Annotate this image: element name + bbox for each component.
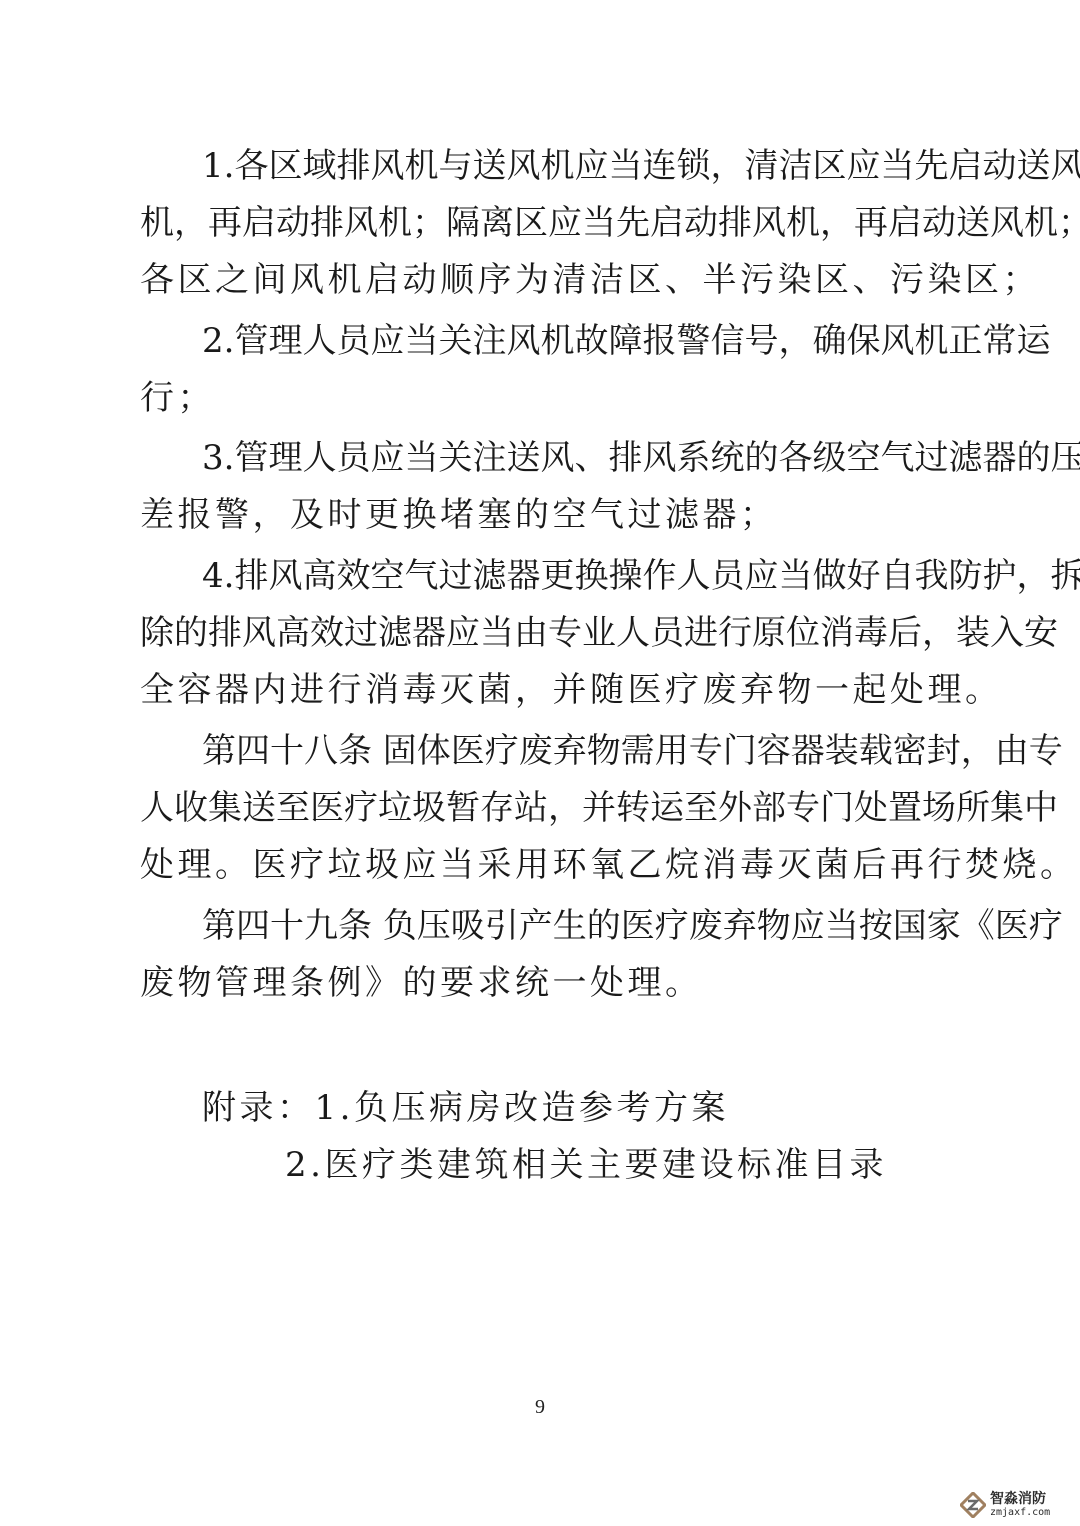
paragraph-line: 差报警，及时更换堵塞的空气过滤器； [140, 495, 940, 535]
page-number: 9 [0, 1396, 1080, 1419]
paragraph-line: 行； [140, 378, 940, 418]
article-48-line: 人收集送至医疗垃圾暂存站，并转运至外部专门处置场所集中 [140, 788, 940, 828]
article-49-line: 废物管理条例》的要求统一处理。 [140, 963, 940, 1003]
watermark-url: zmjaxf.com [990, 1508, 1050, 1518]
paragraph-line: 全容器内进行消毒灭菌，并随医疗废弃物一起处理。 [140, 670, 940, 710]
article-49-line: 第四十九条 负压吸引产生的医疗废弃物应当按国家《医疗 [202, 906, 942, 946]
paragraph-line: 1.各区域排风机与送风机应当连锁，清洁区应当先启动送风 [202, 146, 942, 186]
paragraph-line: 2.管理人员应当关注风机故障报警信号，确保风机正常运 [202, 321, 942, 361]
watermark-name: 智淼消防 [990, 1492, 1050, 1506]
paragraph-line: 3.管理人员应当关注送风、排风系统的各级空气过滤器的压 [202, 438, 942, 478]
brand-logo-icon [960, 1492, 986, 1518]
article-48-line: 处理。医疗垃圾应当采用环氧乙烷消毒灭菌后再行焚烧。 [140, 845, 940, 885]
watermark: 智淼消防 zmjaxf.com [960, 1484, 1080, 1526]
article-48-line: 第四十八条 固体医疗废弃物需用专门容器装载密封，由专 [202, 731, 942, 771]
paragraph-line: 4.排风高效空气过滤器更换操作人员应当做好自我防护，拆 [202, 556, 942, 596]
paragraph-line: 各区之间风机启动顺序为清洁区、半污染区、污染区； [140, 260, 940, 300]
appendix-label: 附录：1.负压病房改造参考方案 [202, 1088, 942, 1128]
appendix-item: 2.医疗类建筑相关主要建设标准目录 [285, 1145, 1080, 1185]
paragraph-line: 机，再启动排风机；隔离区应当先启动排风机，再启动送风机； [140, 203, 940, 243]
paragraph-line: 除的排风高效过滤器应当由专业人员进行原位消毒后，装入安 [140, 613, 940, 653]
document-page: 1.各区域排风机与送风机应当连锁，清洁区应当先启动送风 机，再启动排风机；隔离区… [0, 0, 1080, 1526]
